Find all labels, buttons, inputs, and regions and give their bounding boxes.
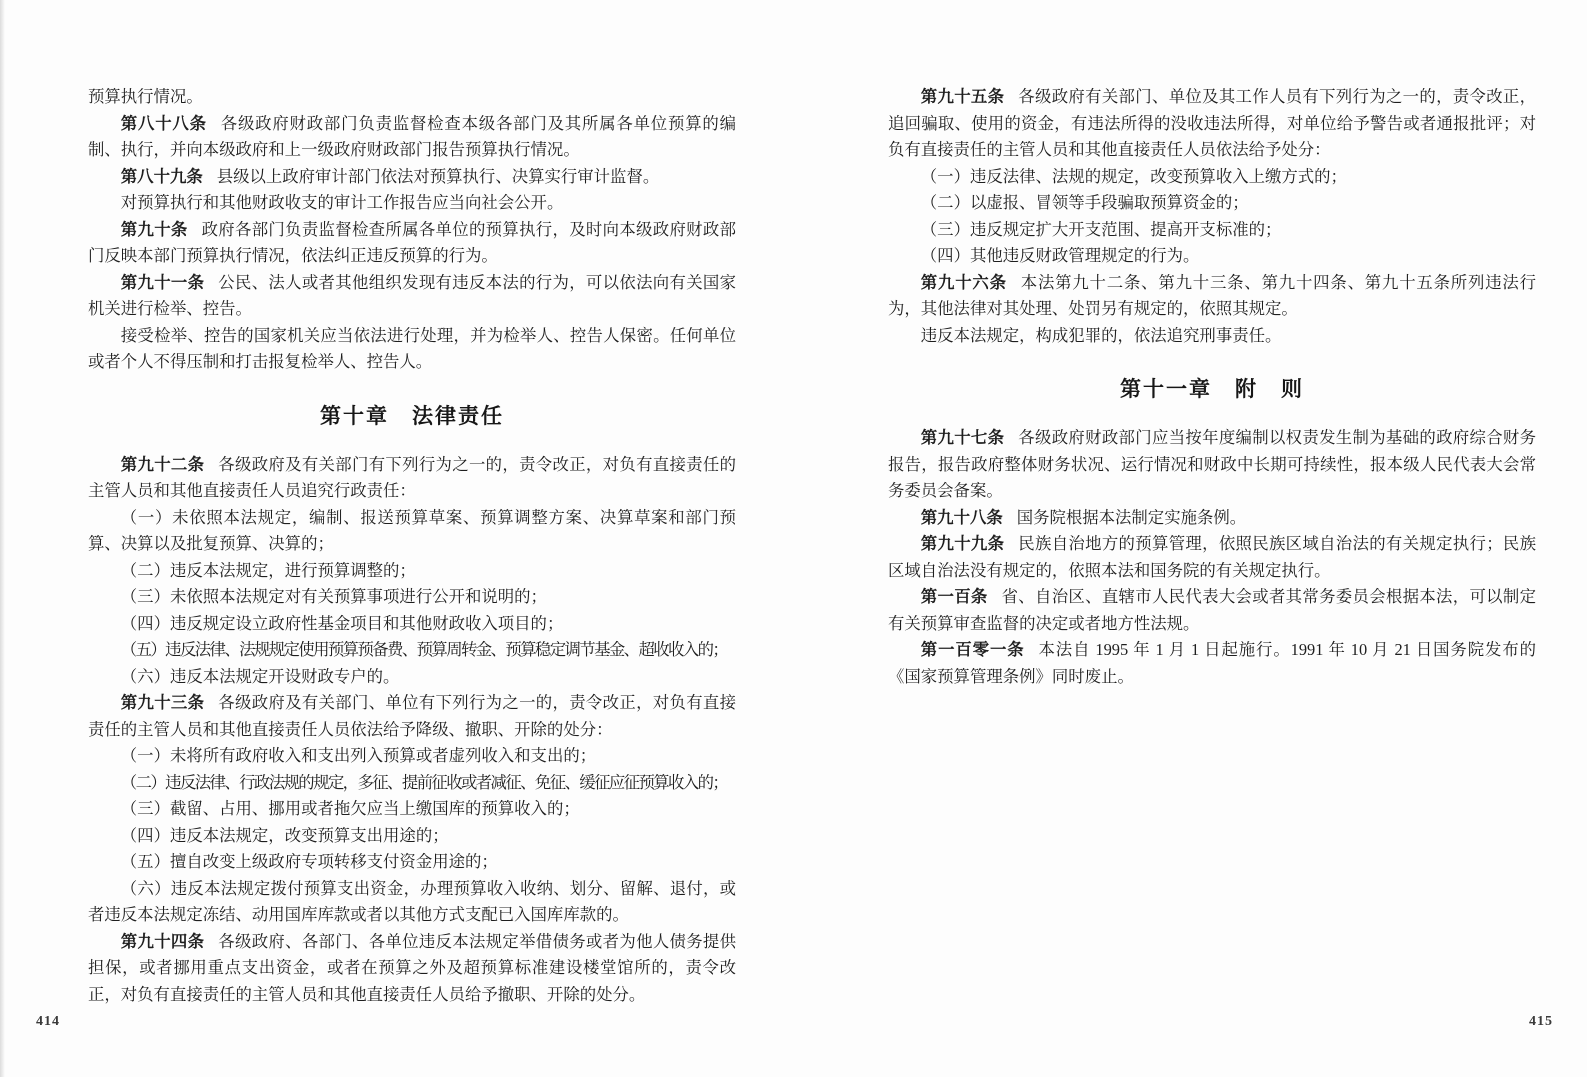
list-item: （三）截留、占用、挪用或者拖欠应当上缴国库的预算收入的； <box>88 796 736 823</box>
article-number: 第一百零一条 <box>921 640 1025 659</box>
list-item-text: （三）未依照本法规定对有关预算事项进行公开和说明的； <box>121 587 547 606</box>
article-paragraph: 第九十五条各级政府有关部门、单位及其工作人员有下列行为之一的，责令改正，追回骗取… <box>888 84 1536 164</box>
list-item: （四）违反规定设立政府性基金项目和其他财政收入项目的； <box>88 611 736 638</box>
scan-edge <box>0 0 5 1077</box>
list-item: （五）擅自改变上级政府专项转移支付资金用途的； <box>88 849 736 876</box>
list-item: （二）以虚报、冒领等手段骗取预算资金的； <box>888 190 1536 217</box>
list-item-text: （五）违反法律、法规规定使用预算预备费、预算周转金、预算稳定调节基金、超收收入的… <box>121 640 727 659</box>
paragraph-text: 接受检举、控告的国家机关应当依法进行处理，并为检举人、控告人保密。任何单位或者个… <box>88 326 736 372</box>
article-number: 第九十五条 <box>921 87 1005 106</box>
paragraph-text: 违反本法规定，构成犯罪的，依法追究刑事责任。 <box>921 326 1282 345</box>
list-item-text: （四）违反规定设立政府性基金项目和其他财政收入项目的； <box>121 614 564 633</box>
article-paragraph: 第九十六条本法第九十二条、第九十三条、第九十四条、第九十五条所列违法行为，其他法… <box>888 270 1536 323</box>
article-number: 第一百条 <box>921 587 988 606</box>
article-text: 县级以上政府审计部门依法对预算执行、决算实行审计监督。 <box>217 167 660 186</box>
list-item: （二）违反本法规定，进行预算调整的； <box>88 558 736 585</box>
article-number: 第九十三条 <box>121 693 205 712</box>
list-item-text: （二）违反本法规定，进行预算调整的； <box>121 561 416 580</box>
list-item-text: （六）违反本法规定拨付预算支出资金，办理预算收入收纳、划分、留解、退付，或者违反… <box>88 879 736 925</box>
article-paragraph: 第一百零一条本法自 1995 年 1 月 1 日起施行。1991 年 10 月 … <box>888 637 1536 690</box>
list-item: （六）违反本法规定开设财政专户的。 <box>88 664 736 691</box>
list-item-text: （六）违反本法规定开设财政专户的。 <box>121 667 400 686</box>
list-item-text: （二）违反法律、行政法规的规定，多征、提前征收或者减征、免征、缓征应征预算收入的… <box>121 773 727 792</box>
list-item: （四）其他违反财政管理规定的行为。 <box>888 243 1536 270</box>
article-number: 第九十六条 <box>921 273 1007 292</box>
list-item-text: （四）违反本法规定，改变预算支出用途的； <box>121 826 449 845</box>
list-item-text: （二）以虚报、冒领等手段骗取预算资金的； <box>921 193 1249 212</box>
paragraph-text: 对预算执行和其他财政收支的审计工作报告应当向社会公开。 <box>121 193 564 212</box>
article-paragraph: 第九十八条国务院根据本法制定实施条例。 <box>888 505 1536 532</box>
article-paragraph: 第九十四条各级政府、各部门、各单位违反本法规定举借债务或者为他人债务提供担保，或… <box>88 929 736 1009</box>
article-number: 第九十九条 <box>921 534 1005 553</box>
article-paragraph: 第八十九条县级以上政府审计部门依法对预算执行、决算实行审计监督。 <box>88 164 736 191</box>
list-item: （一）违反法律、法规的规定，改变预算收入上缴方式的； <box>888 164 1536 191</box>
list-item-text: （一）违反法律、法规的规定，改变预算收入上缴方式的； <box>921 167 1347 186</box>
list-item: （二）违反法律、行政法规的规定，多征、提前征收或者减征、免征、缓征应征预算收入的… <box>88 770 736 797</box>
article-paragraph: 第九十一条公民、法人或者其他组织发现有违反本法的行为，可以依法向有关国家机关进行… <box>88 270 736 323</box>
list-item-text: （五）擅自改变上级政府专项转移支付资金用途的； <box>121 852 498 871</box>
article-number: 第九十条 <box>121 220 188 239</box>
article-number: 第九十四条 <box>121 932 205 951</box>
article-paragraph: 第九十二条各级政府及有关部门有下列行为之一的，责令改正，对负有直接责任的主管人员… <box>88 452 736 505</box>
paragraph-text: 预算执行情况。 <box>88 87 203 106</box>
article-paragraph: 第九十三条各级政府及有关部门、单位有下列行为之一的，责令改正，对负有直接责任的主… <box>88 690 736 743</box>
paragraph: 违反本法规定，构成犯罪的，依法追究刑事责任。 <box>888 323 1536 350</box>
list-item: （六）违反本法规定拨付预算支出资金，办理预算收入收纳、划分、留解、退付，或者违反… <box>88 876 736 929</box>
article-number: 第九十八条 <box>921 508 1003 527</box>
paragraph: 对预算执行和其他财政收支的审计工作报告应当向社会公开。 <box>88 190 736 217</box>
list-item: （三）违反规定扩大开支范围、提高开支标准的； <box>888 217 1536 244</box>
continuation-paragraph: 预算执行情况。 <box>88 84 736 111</box>
article-paragraph: 第九十九条民族自治地方的预算管理，依照民族区域自治法的有关规定执行；民族区域自治… <box>888 531 1536 584</box>
list-item-text: （一）未将所有政府收入和支出列入预算或者虚列收入和支出的； <box>121 746 596 765</box>
list-item: （五）违反法律、法规规定使用预算预备费、预算周转金、预算稳定调节基金、超收收入的… <box>88 637 736 664</box>
article-number: 第九十一条 <box>121 273 205 292</box>
list-item-text: （四）其他违反财政管理规定的行为。 <box>921 246 1200 265</box>
paragraph: 接受检举、控告的国家机关应当依法进行处理，并为检举人、控告人保密。任何单位或者个… <box>88 323 736 376</box>
list-item: （三）未依照本法规定对有关预算事项进行公开和说明的； <box>88 584 736 611</box>
list-item-text: （三）违反规定扩大开支范围、提高开支标准的； <box>921 220 1282 239</box>
article-paragraph: 第九十七条各级政府财政部门应当按年度编制以权责发生制为基础的政府综合财务报告，报… <box>888 425 1536 505</box>
page-number-left: 414 <box>36 1014 60 1030</box>
article-number: 第八十八条 <box>121 114 207 133</box>
list-item: （四）违反本法规定，改变预算支出用途的； <box>88 823 736 850</box>
article-text: 国务院根据本法制定实施条例。 <box>1017 508 1246 527</box>
left-page: 预算执行情况。 第八十八条各级政府财政部门负责监督检查本级各部门及其所属各单位预… <box>88 84 736 1008</box>
list-item: （一）未将所有政府收入和支出列入预算或者虚列收入和支出的； <box>88 743 736 770</box>
article-number: 第九十二条 <box>121 455 205 474</box>
list-item-text: （三）截留、占用、挪用或者拖欠应当上缴国库的预算收入的； <box>121 799 580 818</box>
list-item-text: （一）未依照本法规定，编制、报送预算草案、预算调整方案、决算草案和部门预算、决算… <box>88 508 736 554</box>
page-number-right: 415 <box>1529 1014 1553 1030</box>
list-item: （一）未依照本法规定，编制、报送预算草案、预算调整方案、决算草案和部门预算、决算… <box>88 505 736 558</box>
chapter-heading: 第十一章 附 则 <box>888 376 1536 404</box>
right-page: 第九十五条各级政府有关部门、单位及其工作人员有下列行为之一的，责令改正，追回骗取… <box>888 84 1536 690</box>
article-paragraph: 第一百条省、自治区、直辖市人民代表大会或者其常务委员会根据本法，可以制定有关预算… <box>888 584 1536 637</box>
article-number: 第八十九条 <box>121 167 203 186</box>
article-paragraph: 第九十条政府各部门负责监督检查所属各单位的预算执行，及时向本级政府财政部门反映本… <box>88 217 736 270</box>
chapter-heading: 第十章 法律责任 <box>88 403 736 431</box>
article-number: 第九十七条 <box>921 428 1005 447</box>
article-paragraph: 第八十八条各级政府财政部门负责监督检查本级各部门及其所属各单位预算的编制、执行，… <box>88 111 736 164</box>
